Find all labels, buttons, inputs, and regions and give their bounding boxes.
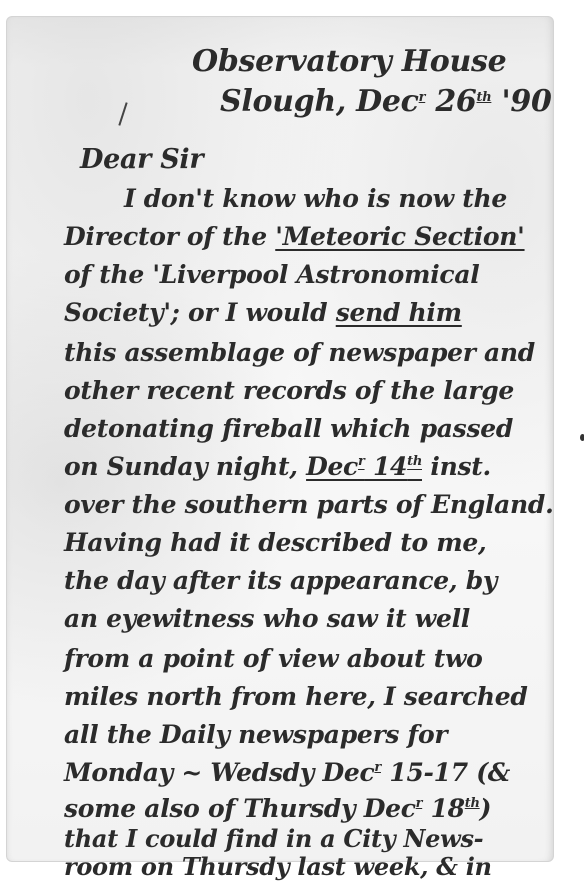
body-line-1: I don't know who is now the [124, 184, 507, 213]
body-line-10: Having had it described to me, [64, 528, 486, 557]
body-line-14: miles north from here, I searched [64, 682, 528, 711]
salutation: Dear Sir [80, 144, 203, 175]
body-line-8: on Sunday night, Decr 14th inst. [64, 452, 491, 481]
body-line-4: Society'; or I would send him [64, 298, 462, 327]
body-line-13: from a point of view about two [64, 644, 483, 673]
letter-page: Observatory House Slough, Decr 26th '90 … [6, 16, 554, 862]
body-line-3: of the 'Liverpool Astronomical [64, 260, 479, 289]
ink-spot [580, 434, 584, 441]
body-line-19: room on Thursdy last week, & in [64, 852, 492, 881]
body-line-18: that I could find in a City News- [64, 824, 483, 853]
header-address-line1: Observatory House [192, 44, 506, 79]
body-line-2: Director of the 'Meteoric Section' [64, 222, 525, 251]
body-line-7: detonating fireball which passed [64, 414, 513, 443]
body-line-9: over the southern parts of England. [64, 490, 554, 519]
body-line-17: some also of Thursdy Decr 18th) [64, 794, 491, 823]
body-line-12: an eyewitness who saw it well [64, 604, 470, 633]
header-address-line2: Slough, Decr 26th '90 [220, 84, 552, 119]
body-line-15: all the Daily newspapers for [64, 720, 447, 749]
body-line-5: this assemblage of newspaper and [64, 338, 535, 367]
body-line-11: the day after its appearance, by [64, 566, 497, 595]
pencil-mark [118, 102, 127, 125]
body-line-6: other recent records of the large [64, 376, 514, 405]
body-line-16: Monday ~ Wedsdy Decr 15-17 (& [64, 758, 510, 787]
